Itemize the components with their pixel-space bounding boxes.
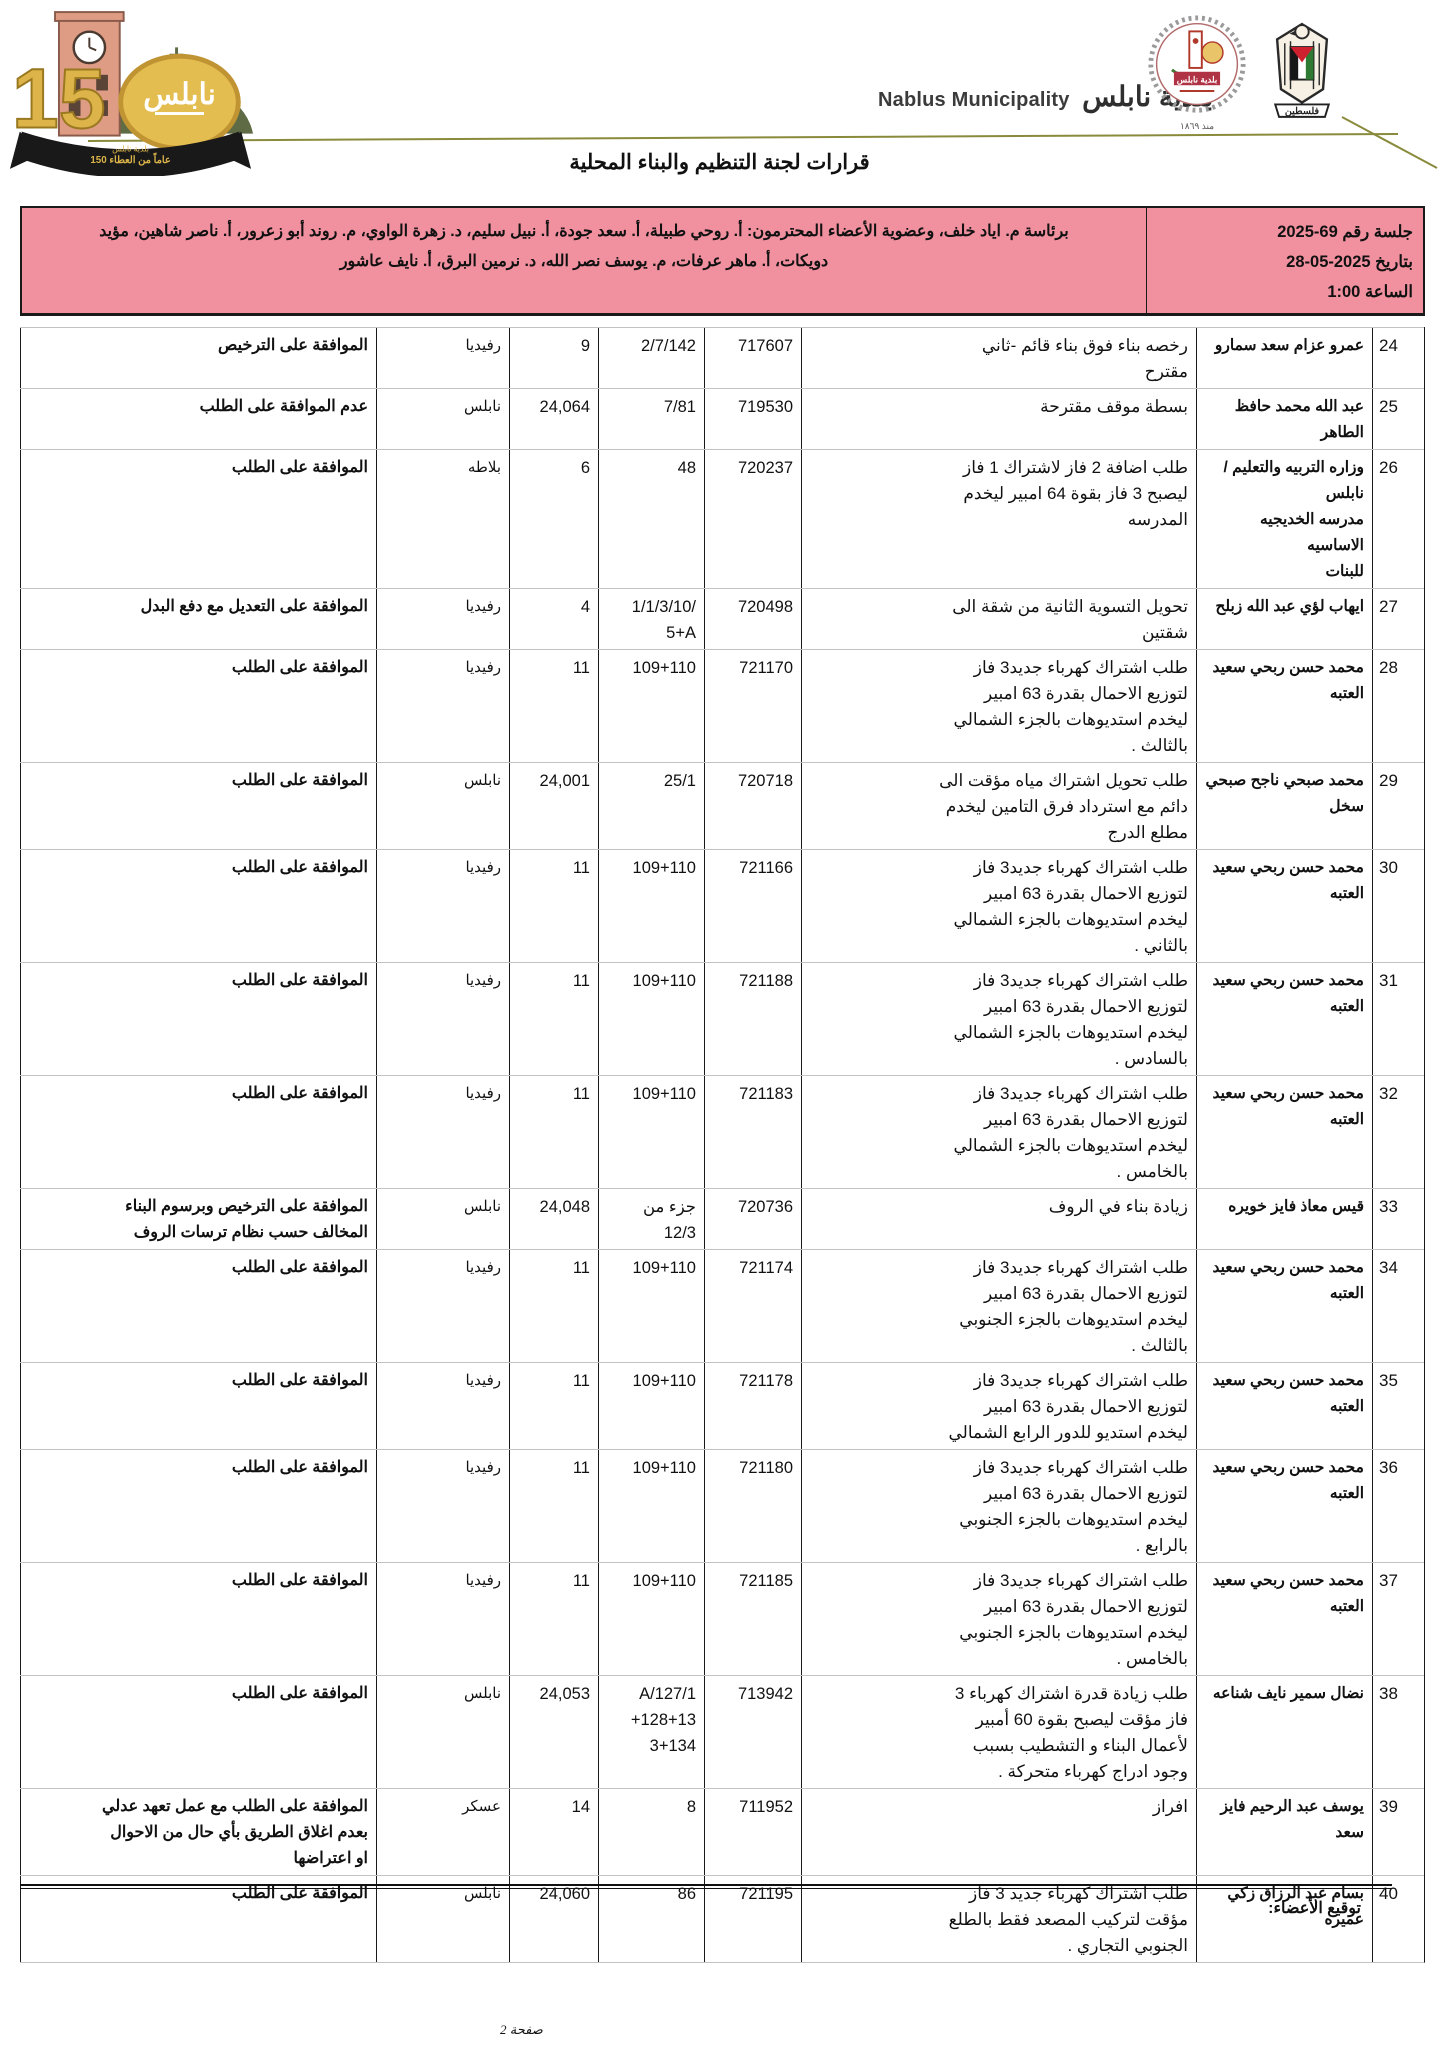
cell-area: نابلس: [376, 1189, 509, 1249]
cell-decision: الموافقة على الترخيص وبرسوم البناء المخا…: [20, 1189, 376, 1249]
cell-name: محمد حسن ربحي سعيد العتبه: [1196, 963, 1372, 1075]
session-number: جلسة رقم 69-2025: [1157, 217, 1413, 247]
cell-desc: طلب اشتراك كهرباء جديد3 فاز لتوزيع الاحم…: [801, 650, 1196, 762]
table-row: 25عبد الله محمد حافظ الطاهربسطة موقف مقت…: [20, 388, 1424, 449]
cell-block: 11: [509, 963, 598, 1075]
cell-req: 713942: [704, 1676, 801, 1788]
table-row: 38نضال سمير نايف شناعهطلب زيادة قدرة اشت…: [20, 1675, 1424, 1788]
cell-desc: رخصه بناء فوق بناء قائم -ثاني مقترح: [801, 328, 1196, 388]
eagle-caption: فلسطين: [1285, 106, 1320, 117]
brand-text-en: Nablus Municipality: [878, 89, 1070, 111]
cell-name: قيس معاذ فايز خويره: [1196, 1189, 1372, 1249]
cell-desc: طلب زيادة قدرة اشتراك كهرباء 3 فاز مؤقت …: [801, 1676, 1196, 1788]
cell-area: عسكر: [376, 1789, 509, 1875]
cell-decision: الموافقة على التعديل مع دفع البدل: [20, 589, 376, 649]
cell-plot: 109+110: [598, 850, 704, 962]
cell-block: 11: [509, 1250, 598, 1362]
cell-desc: طلب اشتراك كهرباء جديد3 فاز لتوزيع الاحم…: [801, 850, 1196, 962]
cell-desc: طلب اشتراك كهرباء جديد3 فاز لتوزيع الاحم…: [801, 1076, 1196, 1188]
cell-area: رفيديا: [376, 1076, 509, 1188]
table-row: 39يوسف عبد الرحيم فايز سعدافراز711952814…: [20, 1788, 1424, 1875]
cell-name: محمد حسن ربحي سعيد العتبه: [1196, 1363, 1372, 1449]
cell-area: رفيديا: [376, 1363, 509, 1449]
signature-separator: [20, 1884, 1392, 1889]
cell-block: 9: [509, 328, 598, 388]
cell-name: محمد حسن ربحي سعيد العتبه: [1196, 1450, 1372, 1562]
session-time: الساعة 1:00: [1157, 277, 1413, 307]
cell-area: رفيديا: [376, 1563, 509, 1675]
cell-block: 11: [509, 1563, 598, 1675]
cell-num: 35: [1372, 1363, 1424, 1449]
cell-block: 24,064: [509, 389, 598, 449]
cell-num: 30: [1372, 850, 1424, 962]
cell-desc: بسطة موقف مقترحة: [801, 389, 1196, 449]
cell-desc: تحويل التسوية الثانية من شقة الى شقتين: [801, 589, 1196, 649]
cell-desc: افراز: [801, 1789, 1196, 1875]
cell-name: يوسف عبد الرحيم فايز سعد: [1196, 1789, 1372, 1875]
cell-req: 711952: [704, 1789, 801, 1875]
cell-desc: طلب اشتراك كهرباء جديد3 فاز لتوزيع الاحم…: [801, 1250, 1196, 1362]
session-info: جلسة رقم 69-2025 بتاريخ 2025-05-28 الساع…: [1146, 208, 1423, 313]
cell-name: عمرو عزام سعد سمارو: [1196, 328, 1372, 388]
cell-num: 36: [1372, 1450, 1424, 1562]
table-row: 34محمد حسن ربحي سعيد العتبهطلب اشتراك كه…: [20, 1249, 1424, 1362]
cell-req: 721170: [704, 650, 801, 762]
cell-decision: الموافقة على الطلب: [20, 1250, 376, 1362]
cell-desc: طلب تحويل اشتراك مياه مؤقت الى دائم مع ا…: [801, 763, 1196, 849]
table-row: 37محمد حسن ربحي سعيد العتبهطلب اشتراك كه…: [20, 1562, 1424, 1675]
cell-name: محمد حسن ربحي سعيد العتبه: [1196, 1076, 1372, 1188]
table-row: 30محمد حسن ربحي سعيد العتبهطلب اشتراك كه…: [20, 849, 1424, 962]
cell-num: 27: [1372, 589, 1424, 649]
cell-name: محمد حسن ربحي سعيد العتبه: [1196, 650, 1372, 762]
cell-desc: طلب اشتراك كهرباء جديد3 فاز لتوزيع الاحم…: [801, 963, 1196, 1075]
cell-plot: 109+110: [598, 1076, 704, 1188]
cell-req: 721180: [704, 1450, 801, 1562]
cell-desc: طلب اشتراك كهرباء جديد3 فاز لتوزيع الاحم…: [801, 1563, 1196, 1675]
table-row: 26وزاره التربيه والتعليم /نابلس مدرسه ال…: [20, 449, 1424, 588]
cell-plot: 109+110: [598, 1450, 704, 1562]
cell-decision: الموافقة على الطلب: [20, 963, 376, 1075]
cell-name: نضال سمير نايف شناعه: [1196, 1676, 1372, 1788]
cell-desc: طلب اضافة 2 فاز لاشتراك 1 فاز ليصبح 3 فا…: [801, 450, 1196, 588]
cell-req: 721188: [704, 963, 801, 1075]
page-title: قرارات لجنة التنظيم والبناء المحلية: [0, 150, 1439, 175]
main-content: جلسة رقم 69-2025 بتاريخ 2025-05-28 الساع…: [20, 206, 1425, 1963]
cell-decision: الموافقة على الطلب مع عمل تعهد عدلي بعدم…: [20, 1789, 376, 1875]
table-row: 35محمد حسن ربحي سعيد العتبهطلب اشتراك كه…: [20, 1362, 1424, 1449]
cell-block: 11: [509, 850, 598, 962]
cell-plot: 8: [598, 1789, 704, 1875]
table-row: 29محمد صبحي ناجح صبحي سخلطلب تحويل اشترا…: [20, 762, 1424, 849]
cell-decision: عدم الموافقة على الطلب: [20, 389, 376, 449]
cell-block: 11: [509, 1076, 598, 1188]
cell-num: 25: [1372, 389, 1424, 449]
cell-decision: الموافقة على الطلب: [20, 850, 376, 962]
cell-desc: طلب اشتراك كهرباء جديد3 فاز لتوزيع الاحم…: [801, 1363, 1196, 1449]
cell-plot: 109+110: [598, 650, 704, 762]
cell-area: رفيديا: [376, 650, 509, 762]
municipality-crest: بلدية نابلس منذ ١٨٦٩: [1147, 14, 1247, 132]
cell-plot: 109+110: [598, 1563, 704, 1675]
cell-plot: 48: [598, 450, 704, 588]
cell-num: 38: [1372, 1676, 1424, 1788]
cell-block: 11: [509, 1450, 598, 1562]
cell-req: 717607: [704, 328, 801, 388]
cell-desc: زيادة بناء في الروف: [801, 1189, 1196, 1249]
cell-name: محمد صبحي ناجح صبحي سخل: [1196, 763, 1372, 849]
cell-req: 719530: [704, 389, 801, 449]
signature-label: توقيع الأعضاء:: [1268, 1898, 1361, 1918]
cell-area: رفيديا: [376, 1250, 509, 1362]
cell-decision: الموافقة على الطلب: [20, 1450, 376, 1562]
cell-area: نابلس: [376, 389, 509, 449]
cell-decision: الموافقة على الطلب: [20, 650, 376, 762]
cell-block: 24,001: [509, 763, 598, 849]
cell-num: 32: [1372, 1076, 1424, 1188]
cell-decision: الموافقة على الطلب: [20, 450, 376, 588]
cell-num: 26: [1372, 450, 1424, 588]
cell-plot: 7/81: [598, 389, 704, 449]
cell-req: 721183: [704, 1076, 801, 1188]
cell-plot: 25/1: [598, 763, 704, 849]
cell-plot: 2/7/142: [598, 328, 704, 388]
cell-area: بلاطه: [376, 450, 509, 588]
cell-num: 31: [1372, 963, 1424, 1075]
cell-num: 39: [1372, 1789, 1424, 1875]
cell-area: رفيديا: [376, 963, 509, 1075]
svg-text:15: 15: [12, 52, 106, 146]
cell-desc: طلب اشتراك كهرباء جديد3 فاز لتوزيع الاحم…: [801, 1450, 1196, 1562]
logo-city-text: نابلس: [143, 78, 216, 112]
attendees-text: برئاسة م. اياد خلف، وعضوية الأعضاء المحت…: [22, 208, 1146, 313]
cell-name: محمد حسن ربحي سعيد العتبه: [1196, 1563, 1372, 1675]
cell-decision: الموافقة على الطلب: [20, 1676, 376, 1788]
cell-num: 24: [1372, 328, 1424, 388]
municipality-crest-icon: بلدية نابلس: [1147, 14, 1247, 118]
cell-req: 721185: [704, 1563, 801, 1675]
cell-area: نابلس: [376, 763, 509, 849]
table-row: 33قيس معاذ فايز خويرهزيادة بناء في الروف…: [20, 1188, 1424, 1249]
palestine-emblem: فلسطين: [1258, 20, 1346, 120]
cell-req: 721178: [704, 1363, 801, 1449]
document-page: 15 نابلس بلدية نابلس 150 عاماً من العطاء…: [0, 0, 1439, 2048]
svg-text:بلدية نابلس: بلدية نابلس: [1177, 74, 1218, 85]
cell-num: 37: [1372, 1563, 1424, 1675]
page-number: صفحة 2: [500, 2022, 543, 2038]
cell-plot: 109+110: [598, 1363, 704, 1449]
session-banner: جلسة رقم 69-2025 بتاريخ 2025-05-28 الساع…: [20, 206, 1425, 316]
cell-decision: الموافقة على الطلب: [20, 1076, 376, 1188]
cell-name: ايهاب لؤي عبد الله زبلح: [1196, 589, 1372, 649]
cell-num: 28: [1372, 650, 1424, 762]
cell-area: رفيديا: [376, 1450, 509, 1562]
cell-plot: 1/1/3/10/ 5+A: [598, 589, 704, 649]
cell-req: 720498: [704, 589, 801, 649]
cell-decision: الموافقة على الطلب: [20, 1363, 376, 1449]
cell-req: 721166: [704, 850, 801, 962]
cell-block: 14: [509, 1789, 598, 1875]
cell-num: 33: [1372, 1189, 1424, 1249]
table-row: 24عمرو عزام سعد سمارورخصه بناء فوق بناء …: [20, 327, 1424, 388]
cell-num: 29: [1372, 763, 1424, 849]
cell-plot: 109+110: [598, 963, 704, 1075]
cell-plot: 109+110: [598, 1250, 704, 1362]
cell-block: 11: [509, 1363, 598, 1449]
cell-plot: جزء من 12/3: [598, 1189, 704, 1249]
cell-name: عبد الله محمد حافظ الطاهر: [1196, 389, 1372, 449]
cell-req: 720736: [704, 1189, 801, 1249]
cell-area: رفيديا: [376, 850, 509, 962]
table-row: 27ايهاب لؤي عبد الله زبلحتحويل التسوية ا…: [20, 588, 1424, 649]
crest-caption: منذ ١٨٦٩: [1147, 121, 1247, 132]
cell-area: رفيديا: [376, 328, 509, 388]
cell-req: 720237: [704, 450, 801, 588]
cell-num: 34: [1372, 1250, 1424, 1362]
table-row: 28محمد حسن ربحي سعيد العتبهطلب اشتراك كه…: [20, 649, 1424, 762]
cell-area: نابلس: [376, 1676, 509, 1788]
cell-block: 24,053: [509, 1676, 598, 1788]
cell-area: رفيديا: [376, 589, 509, 649]
cell-req: 720718: [704, 763, 801, 849]
session-date: بتاريخ 2025-05-28: [1157, 247, 1413, 277]
cell-block: 11: [509, 650, 598, 762]
table-row: 32محمد حسن ربحي سعيد العتبهطلب اشتراك كه…: [20, 1075, 1424, 1188]
decisions-table-body: 24عمرو عزام سعد سمارورخصه بناء فوق بناء …: [20, 327, 1425, 1963]
cell-decision: الموافقة على الطلب: [20, 1563, 376, 1675]
cell-decision: الموافقة على الطلب: [20, 763, 376, 849]
table-row: 31محمد حسن ربحي سعيد العتبهطلب اشتراك كه…: [20, 962, 1424, 1075]
cell-name: محمد حسن ربحي سعيد العتبه: [1196, 1250, 1372, 1362]
cell-block: 24,048: [509, 1189, 598, 1249]
cell-decision: الموافقة على الترخيص: [20, 328, 376, 388]
cell-block: 4: [509, 589, 598, 649]
cell-name: وزاره التربيه والتعليم /نابلس مدرسه الخد…: [1196, 450, 1372, 588]
cell-plot: A/127/1 +128+13 3+134: [598, 1676, 704, 1788]
cell-req: 721174: [704, 1250, 801, 1362]
cell-block: 6: [509, 450, 598, 588]
cell-name: محمد حسن ربحي سعيد العتبه: [1196, 850, 1372, 962]
table-row: 36محمد حسن ربحي سعيد العتبهطلب اشتراك كه…: [20, 1449, 1424, 1562]
